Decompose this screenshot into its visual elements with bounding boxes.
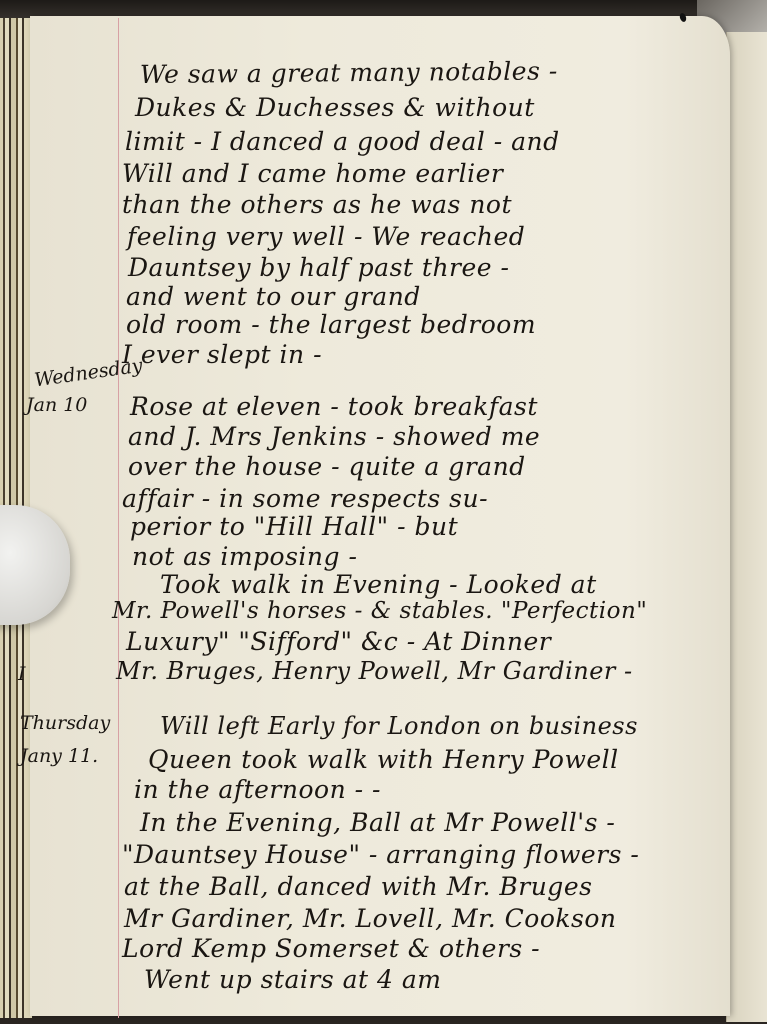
text-line: I ever slept in - xyxy=(122,340,322,369)
text-line: perior to "Hill Hall" - but xyxy=(130,512,458,541)
margin-date: Jany 11. xyxy=(20,745,98,767)
next-page-edge xyxy=(726,32,767,1022)
text-line: affair - in some respects su- xyxy=(122,484,488,513)
text-line: feeling very well - We reached xyxy=(127,222,525,251)
text-line: Mr. Powell's horses - & stables. "Perfec… xyxy=(112,598,647,624)
text-line: Lord Kemp Somerset & others - xyxy=(122,934,540,963)
text-line: in the afternoon - - xyxy=(134,775,381,804)
stray-margin-mark: I xyxy=(18,663,26,685)
text-line: "Dauntsey House" - arranging flowers - xyxy=(122,840,639,869)
text-line: In the Evening, Ball at Mr Powell's - xyxy=(140,808,615,837)
text-line: Queen took walk with Henry Powell xyxy=(148,745,619,774)
text-line: Went up stairs at 4 am xyxy=(144,965,441,994)
text-line: and J. Mrs Jenkins - showed me xyxy=(128,422,540,451)
text-line: limit - I danced a good deal - and xyxy=(125,127,560,156)
text-line: old room - the largest bedroom xyxy=(126,310,536,339)
text-line: Dukes & Duchesses & without xyxy=(135,93,535,122)
text-line: Luxury" "Sifford" &c - At Dinner xyxy=(126,627,551,656)
text-line: Rose at eleven - took breakfast xyxy=(130,392,538,421)
text-line: Will left Early for London on business xyxy=(160,712,638,740)
margin-day: Thursday xyxy=(20,712,110,734)
text-line: Mr. Bruges, Henry Powell, Mr Gardiner - xyxy=(116,657,633,685)
margin-rule xyxy=(118,18,119,1018)
text-line: at the Ball, danced with Mr. Bruges xyxy=(124,872,592,901)
text-line: over the house - quite a grand xyxy=(128,452,526,481)
text-line: and went to our grand xyxy=(126,282,421,311)
text-line: Will and I came home earlier xyxy=(122,159,503,188)
text-line: Dauntsey by half past three - xyxy=(128,253,509,282)
text-line: than the others as he was not xyxy=(122,190,512,219)
margin-date: Jan 10 xyxy=(26,394,87,416)
text-line: not as imposing - xyxy=(132,542,357,571)
text-line: We saw a great many notables - xyxy=(140,56,558,89)
text-line: Took walk in Evening - Looked at xyxy=(160,570,597,599)
text-line: Mr Gardiner, Mr. Lovell, Mr. Cookson xyxy=(124,904,617,933)
